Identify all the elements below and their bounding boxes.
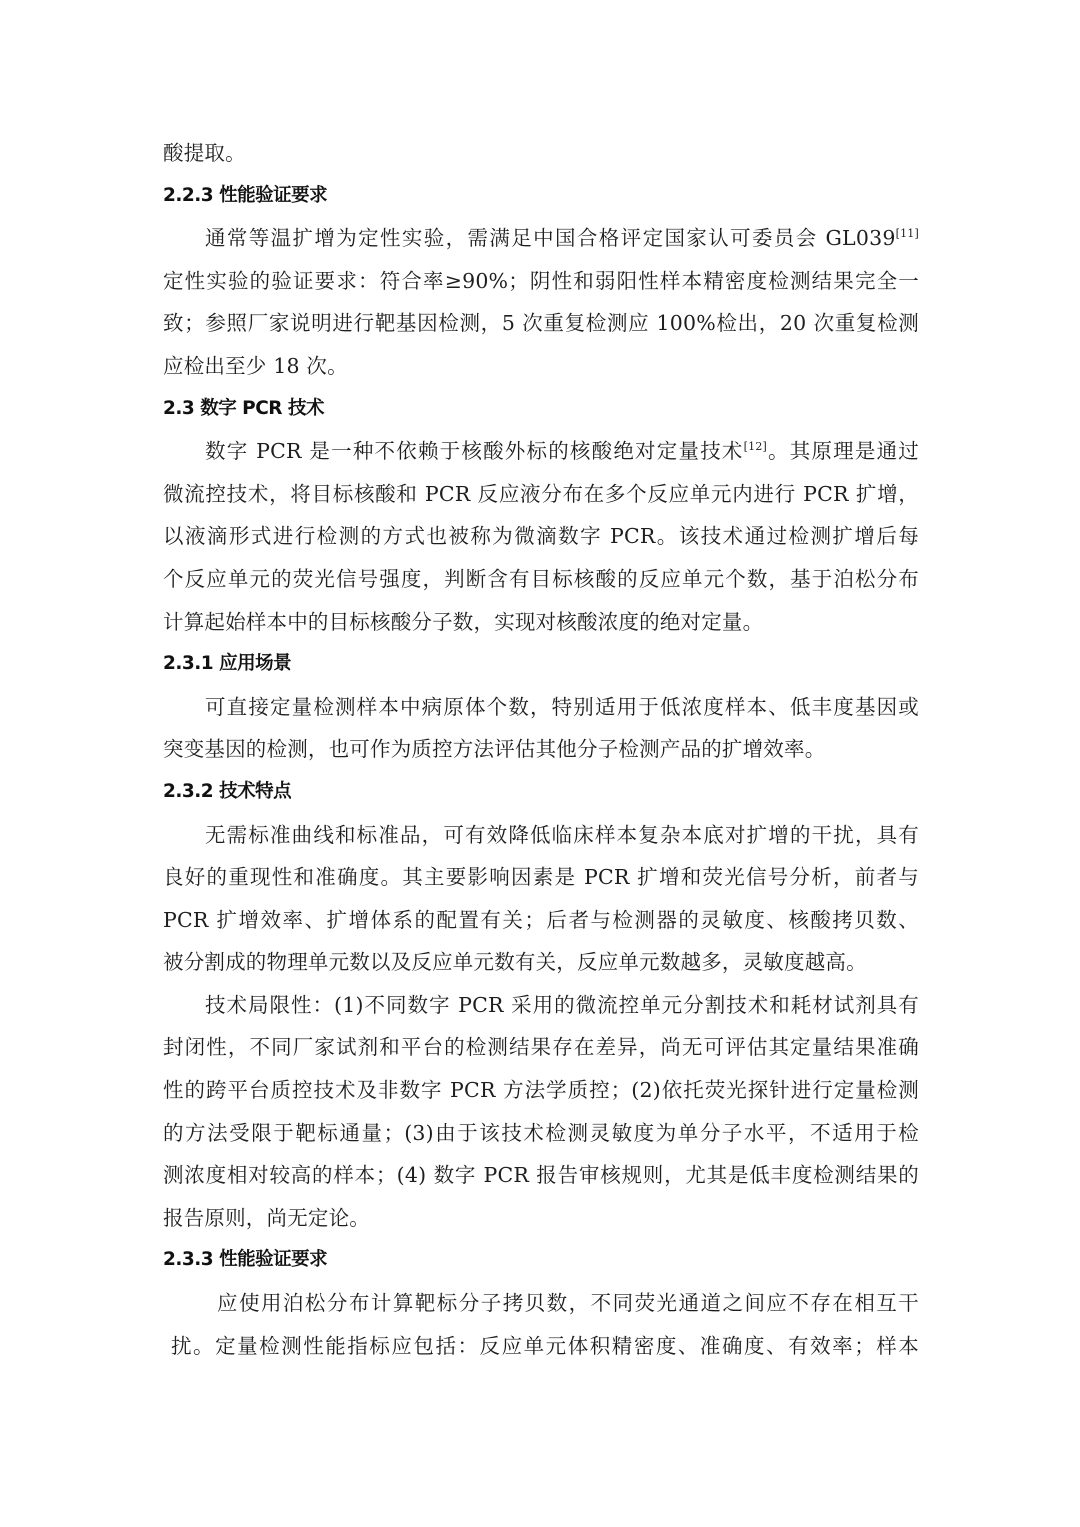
line-text: 数字 PCR 是一种不依赖于核酸外标的核酸绝对定量技术 — [205, 439, 744, 463]
paragraph-line: 扰。定量检测性能指标应包括：反应单元体积精密度、准确度、有效率；样本 — [163, 1325, 919, 1368]
paragraph-line: 性的跨平台质控技术及非数字 PCR 方法学质控；(2)依托荧光探针进行定量检测 — [163, 1069, 919, 1112]
paragraph-line: 计算起始样本中的目标核酸分子数，实现对核酸浓度的绝对定量。 — [163, 601, 919, 644]
paragraph-line: 通常等温扩增为定性实验，需满足中国合格评定国家认可委员会 GL039[11] — [163, 217, 919, 260]
section-heading-2-3-2: 2.3.2 技术特点 — [163, 771, 919, 814]
paragraph-line: 数字 PCR 是一种不依赖于核酸外标的核酸绝对定量技术[12]。其原理是通过 — [163, 430, 919, 473]
paragraph-line: PCR 扩增效率、扩增体系的配置有关；后者与检测器的灵敏度、核酸拷贝数、 — [163, 899, 919, 942]
paragraph-line: 技术局限性：(1)不同数字 PCR 采用的微流控单元分割技术和耗材试剂具有 — [163, 984, 919, 1027]
paragraph-line: 测浓度相对较高的样本；(4) 数字 PCR 报告审核规则，尤其是低丰度检测结果的 — [163, 1154, 919, 1197]
paragraph-line: 酸提取。 — [163, 132, 919, 175]
line-text: 通常等温扩增为定性实验，需满足中国合格评定国家认可委员会 GL039 — [205, 226, 896, 250]
paragraph-line: 致；参照厂家说明进行靶基因检测，5 次重复检测应 100%检出，20 次重复检测 — [163, 302, 919, 345]
section-2-3-3: 2.3.3 性能验证要求 应使用泊松分布计算靶标分子拷贝数，不同荧光通道之间应不… — [163, 1239, 919, 1367]
document-page: 酸提取。 2.2.3 性能验证要求 通常等温扩增为定性实验，需满足中国合格评定国… — [163, 132, 919, 1367]
paragraph-line: 定性实验的验证要求：符合率≥90%；阴性和弱阳性样本精密度检测结果完全一 — [163, 260, 919, 303]
section-heading-2-3-1: 2.3.1 应用场景 — [163, 643, 919, 686]
paragraph-line: 无需标准曲线和标准品，可有效降低临床样本复杂本底对扩增的干扰，具有 — [163, 814, 919, 857]
paragraph-line: 应使用泊松分布计算靶标分子拷贝数，不同荧光通道之间应不存在相互干 — [163, 1282, 919, 1325]
line-text: 。其原理是通过 — [767, 439, 919, 463]
section-heading-2-3: 2.3 数字 PCR 技术 — [163, 388, 919, 431]
citation-ref: [12] — [744, 440, 767, 453]
paragraph-line: 被分割成的物理单元数以及反应单元数有关，反应单元数越多，灵敏度越高。 — [163, 941, 919, 984]
paragraph-line: 良好的重现性和准确度。其主要影响因素是 PCR 扩增和荧光信号分析，前者与 — [163, 856, 919, 899]
paragraph-line: 微流控技术，将目标核酸和 PCR 反应液分布在多个反应单元内进行 PCR 扩增， — [163, 473, 919, 516]
paragraph-line: 的方法受限于靶标通量；(3)由于该技术检测灵敏度为单分子水平，不适用于检 — [163, 1112, 919, 1155]
section-heading-2-3-3: 2.3.3 性能验证要求 — [163, 1239, 919, 1282]
paragraph-line: 个反应单元的荧光信号强度，判断含有目标核酸的反应单元个数，基于泊松分布 — [163, 558, 919, 601]
section-heading-2-2-3: 2.2.3 性能验证要求 — [163, 175, 919, 218]
paragraph-line: 以液滴形式进行检测的方式也被称为微滴数字 PCR。该技术通过检测扩增后每 — [163, 515, 919, 558]
paragraph-line: 应检出至少 18 次。 — [163, 345, 919, 388]
paragraph-line: 突变基因的检测，也可作为质控方法评估其他分子检测产品的扩增效率。 — [163, 728, 919, 771]
paragraph-line: 可直接定量检测样本中病原体个数，特别适用于低浓度样本、低丰度基因或 — [163, 686, 919, 729]
paragraph-line: 封闭性，不同厂家试剂和平台的检测结果存在差异，尚无可评估其定量结果准确 — [163, 1026, 919, 1069]
paragraph-line: 报告原则，尚无定论。 — [163, 1197, 919, 1240]
citation-ref: [11] — [896, 227, 919, 240]
